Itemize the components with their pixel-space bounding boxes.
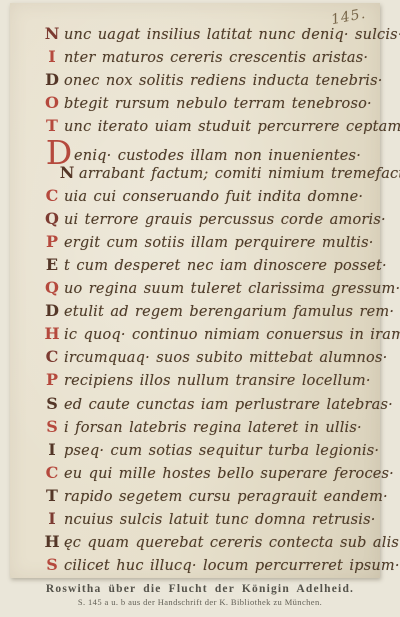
- line-text: ęc quam querebat cereris contecta sub al…: [64, 535, 400, 551]
- manuscript-line: Cuia cui conseruando fuit indita domne·: [40, 186, 380, 209]
- manuscript-line: Inter maturos cereris crescentis aristas…: [40, 47, 380, 70]
- manuscript-line: Quo regina suum tuleret clarissima gress…: [40, 278, 380, 301]
- manuscript-line: Ipseq· cum sotias sequitur turba legioni…: [40, 440, 380, 463]
- line-text: eniq· custodes illam non inuenientes·: [74, 148, 361, 164]
- initial-letter: S: [40, 555, 64, 574]
- manuscript-line: Deniq· custodes illam non inuenientes·: [40, 139, 380, 162]
- line-text: uia cui conseruando fuit indita domne·: [64, 189, 363, 205]
- manuscript-line: Detulit ad regem berengarium famulus rem…: [40, 301, 380, 324]
- line-text: ncuius sulcis latuit tunc domna retrusis…: [64, 512, 376, 528]
- manuscript-line: Narrabant factum; comiti nimium tremefac…: [55, 163, 380, 186]
- manuscript-line: Incuius sulcis latuit tunc domna retrusi…: [40, 509, 380, 532]
- line-text: recipiens illos nullum transire locellum…: [64, 373, 371, 389]
- caption-source: S. 145 a u. b aus der Handschrift der K.…: [0, 597, 400, 607]
- manuscript-line: Ceu qui mille hostes bello superare fero…: [40, 463, 380, 486]
- line-text: ic quoq· continuo nimiam conuersus in ir…: [64, 327, 400, 343]
- initial-letter: C: [40, 347, 64, 366]
- initial-letter: D: [40, 301, 64, 320]
- manuscript-line: Obtegit rursum nebulo terram tenebroso·: [40, 93, 380, 116]
- initial-letter: Q: [40, 209, 64, 228]
- initial-letter: S: [40, 417, 64, 436]
- line-text: uo regina suum tuleret clarissima gressu…: [64, 281, 400, 297]
- line-text: t cum desperet nec iam dinoscere posset·: [64, 258, 387, 274]
- manuscript-line: Pergit cum sotiis illam perquirere multi…: [40, 232, 380, 255]
- manuscript-line: Scilicet huc illucq· locum percurreret i…: [40, 555, 380, 578]
- line-text: pseq· cum sotias sequitur turba legionis…: [64, 443, 379, 459]
- caption-title: Roswitha über die Flucht der Königin Ade…: [0, 583, 400, 595]
- manuscript-line: Qui terrore grauis percussus corde amori…: [40, 209, 380, 232]
- initial-letter: D: [44, 143, 74, 163]
- line-text: ergit cum sotiis illam perquirere multis…: [64, 235, 374, 251]
- line-text: cilicet huc illucq· locum percurreret ip…: [64, 558, 400, 574]
- line-text: arrabant factum; comiti nimium tremefact…: [79, 166, 400, 182]
- initial-letter: S: [40, 394, 64, 413]
- line-text: btegit rursum nebulo terram tenebroso·: [64, 96, 372, 112]
- initial-letter: N: [40, 24, 64, 43]
- line-text: unc uagat insilius latitat nunc deniq· s…: [64, 27, 400, 43]
- manuscript-line: Hic quoq· continuo nimiam conuersus in i…: [40, 324, 380, 347]
- line-text: rapido segetem cursu peragrauit eandem·: [64, 489, 388, 505]
- manuscript-line: Et cum desperet nec iam dinoscere posset…: [40, 255, 380, 278]
- initial-letter: H: [40, 532, 64, 551]
- manuscript-line: Sed caute cunctas iam perlustrare latebr…: [40, 394, 380, 417]
- initial-letter: O: [40, 93, 64, 112]
- initial-letter: P: [40, 370, 64, 389]
- line-text: ui terrore grauis percussus corde amoris…: [64, 212, 386, 228]
- initial-letter: T: [40, 486, 64, 505]
- manuscript-line: Nunc uagat insilius latitat nunc deniq· …: [40, 24, 380, 47]
- manuscript-line: Trapido segetem cursu peragrauit eandem·: [40, 486, 380, 509]
- line-text: onec nox solitis rediens inducta tenebri…: [64, 73, 383, 89]
- initial-letter: D: [40, 70, 64, 89]
- line-text: unc iterato uiam studuit percurrere cept…: [64, 119, 400, 135]
- initial-letter: H: [40, 324, 64, 343]
- initial-letter: I: [40, 440, 64, 459]
- line-text: ed caute cunctas iam perlustrare latebra…: [64, 397, 393, 413]
- manuscript-line: Si forsan latebris regina lateret in ull…: [40, 417, 380, 440]
- initial-letter: C: [40, 463, 64, 482]
- manuscript-line: Donec nox solitis rediens inducta tenebr…: [40, 70, 380, 93]
- line-text: i forsan latebris regina lateret in ulli…: [64, 420, 362, 436]
- initial-letter: Q: [40, 278, 64, 297]
- initial-letter: C: [40, 186, 64, 205]
- line-text: eu qui mille hostes bello superare feroc…: [64, 466, 394, 482]
- manuscript-plate: 145. Nunc uagat insilius latitat nunc de…: [10, 3, 380, 578]
- line-text: ircumquaq· suos subito mittebat alumnos·: [64, 350, 387, 366]
- line-text: etulit ad regem berengarium famulus rem·: [64, 304, 394, 320]
- initial-letter: P: [40, 232, 64, 251]
- initial-letter: E: [40, 255, 64, 274]
- manuscript-line: Tunc iterato uiam studuit percurrere cep…: [40, 116, 380, 139]
- manuscript-line: Circumquaq· suos subito mittebat alumnos…: [40, 347, 380, 370]
- line-text: nter maturos cereris crescentis aristas·: [64, 50, 368, 66]
- initial-letter: I: [40, 47, 64, 66]
- manuscript-line: Precipiens illos nullum transire locellu…: [40, 370, 380, 393]
- manuscript-line: Hęc quam querebat cereris contecta sub a…: [40, 532, 380, 555]
- initial-letter: I: [40, 509, 64, 528]
- caption: Roswitha über die Flucht der Königin Ade…: [0, 583, 400, 607]
- manuscript-lines: Nunc uagat insilius latitat nunc deniq· …: [10, 3, 380, 578]
